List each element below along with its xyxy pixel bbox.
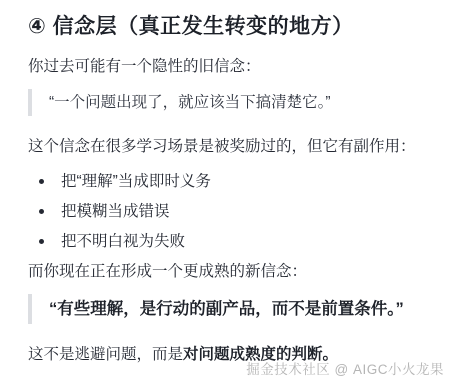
list-item: 把模糊当成错误 [28, 201, 425, 222]
new-belief-blockquote: “有些理解，是行动的副产品，而不是前置条件。” [28, 294, 425, 324]
old-belief-intro-paragraph: 你过去可能有一个隐性的旧信念： [28, 56, 425, 77]
list-item: 把“理解”当成即时义务 [28, 171, 425, 192]
side-effects-intro-paragraph: 这个信念在很多学习场景是被奖励过的，但它有副作用： [28, 136, 425, 157]
list-item: 把不明白视为失败 [28, 231, 425, 252]
old-belief-quote-text: “一个问题出现了，就应该当下搞清楚它。” [49, 94, 331, 111]
new-belief-quote-text: “有些理解，是行动的副产品，而不是前置条件。” [49, 300, 404, 318]
old-belief-blockquote: “一个问题出现了，就应该当下搞清楚它。” [28, 89, 425, 116]
new-belief-intro-paragraph: 而你现在正在形成一个更成熟的新信念： [28, 261, 425, 282]
conclusion-regular-text: 这不是逃避问题，而是 [28, 346, 183, 363]
section-heading: ④ 信念层（真正发生转变的地方） [28, 14, 425, 39]
watermark: 掘金技术社区 @ AIGC小火龙果 [246, 358, 444, 378]
article-body: ④ 信念层（真正发生转变的地方） 你过去可能有一个隐性的旧信念： “一个问题出现… [0, 0, 451, 387]
side-effects-list: 把“理解”当成即时义务 把模糊当成错误 把不明白视为失败 [28, 171, 425, 252]
